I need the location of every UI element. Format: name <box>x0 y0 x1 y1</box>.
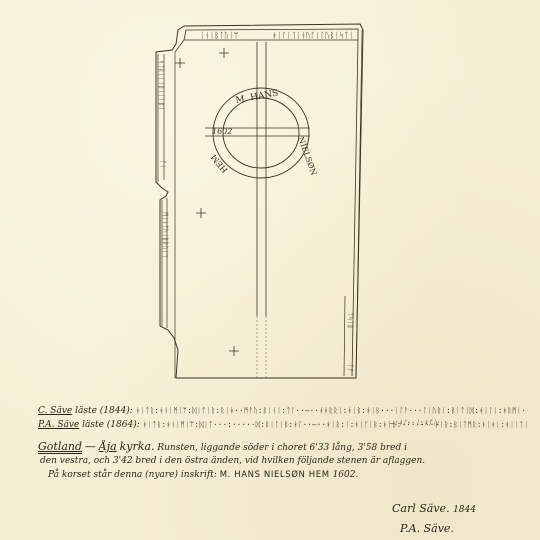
ring-text-right: NIELSØN <box>296 136 318 177</box>
top-band-runes-right: ᚼᛁᛚᛁᛐᛁᚾᚢᚴᛁᛚᚢᛒᛁᛋᛏᛁ <box>272 31 354 40</box>
heading-dash: — <box>85 440 96 453</box>
annotation-notes: C. Säve läste (1844): ᚼᛁᛏᚱ:ᚼᚾᛁᛗᛁᛘ:ᛞᛁᛏᛁᚱ:… <box>38 404 528 482</box>
description-text-1: Runsten, liggande söder i choret 6'33 lå… <box>157 443 407 453</box>
parish-heading: Åja <box>99 440 117 453</box>
right-band-runes: ᛏᛋᛁᛒ <box>346 312 354 329</box>
right-band-runes-bottom: ᛚᚠ <box>346 364 354 372</box>
place-heading: Gotland <box>38 440 82 453</box>
cross-date: 1602 <box>212 127 232 136</box>
reading-1844: C. Säve läste (1844): ᚼᛁᛏᚱ:ᚼᚾᛁᛗᛁᛘ:ᛞᛁᛏᛁᚱ:… <box>38 404 528 418</box>
cross-inscription: M. HANS NIELSØN HEM <box>220 470 330 480</box>
reader-1-label: läste (1844): <box>75 406 133 416</box>
stone-outline <box>156 24 363 378</box>
top-band-runes-left: ᛁᚾᛁᛒᛚᚢᛁᛘ <box>200 31 239 40</box>
left-band-runes-upper: ᛋᛏᚱᛁᛁᛁᛒᛁᛁᛁᛒᛁ <box>157 60 165 110</box>
reader-1-name: C. Säve <box>38 406 72 416</box>
reader-2-label: läste (1864): <box>82 420 140 430</box>
reader-1-runes: ᚼᛁᛏᚱ:ᚼᚾᛁᛗᛁᛘ:ᛞᛁᛏᛁᚱ:ᚱᛁᚼ··ᛗᚨᚢ:ᛒᛁᚾᛁ:ᛏᛚ··—··ᚼ… <box>136 406 528 415</box>
description-line-3: På korset står denna (nyare) inskrift: M… <box>38 468 528 482</box>
left-band-runes-mid: ᛚᛁ <box>159 160 167 168</box>
description-line-2: den vestra, och 3'42 bred i den östra än… <box>38 454 528 468</box>
description-text-2: den vestra, och 3'42 bred i den östra än… <box>40 456 425 466</box>
description-text-3: På korset står denna (nyare) inskrift: <box>48 470 217 480</box>
reader-2-name: P.A. Säve <box>38 420 79 430</box>
reader-2-runes: ᚼᛁᛏᚱ:ᚼᚾᛁᛗᛁᛘ:ᛞᛁᛏ···:·····ᛞ:ᛒᛁᛚᛁᛒ:ᚼᛚ··—··ᚼ… <box>143 420 528 429</box>
left-band-runes-lower: ᛗᛁᚾᛏᚢᛁᛒᚱᚢᛁᛘ <box>161 212 169 258</box>
cross-inscription-date: 1602. <box>333 470 359 480</box>
description-line-1: Gotland — Åja kyrka. Runsten, liggande s… <box>38 440 528 454</box>
signature-1-name: Carl Säve. <box>392 502 450 515</box>
church-heading: kyrka. <box>120 440 155 453</box>
signature-carl-save: Carl Säve. 1844 <box>392 502 476 515</box>
reading-1864: P.A. Säve läste (1864): ᚼᛁᛏᚱ:ᚼᚾᛁᛗᛁᛘ:ᛞᛁᛏ·… <box>38 418 528 432</box>
signature-pa-save: P.A. Säve. <box>400 522 454 535</box>
reader-1-runes-tail: —:ᚼᛚ··ᛁ:ᚼᛏᛁ: <box>390 416 441 430</box>
signature-1-year: 1844 <box>453 505 476 515</box>
